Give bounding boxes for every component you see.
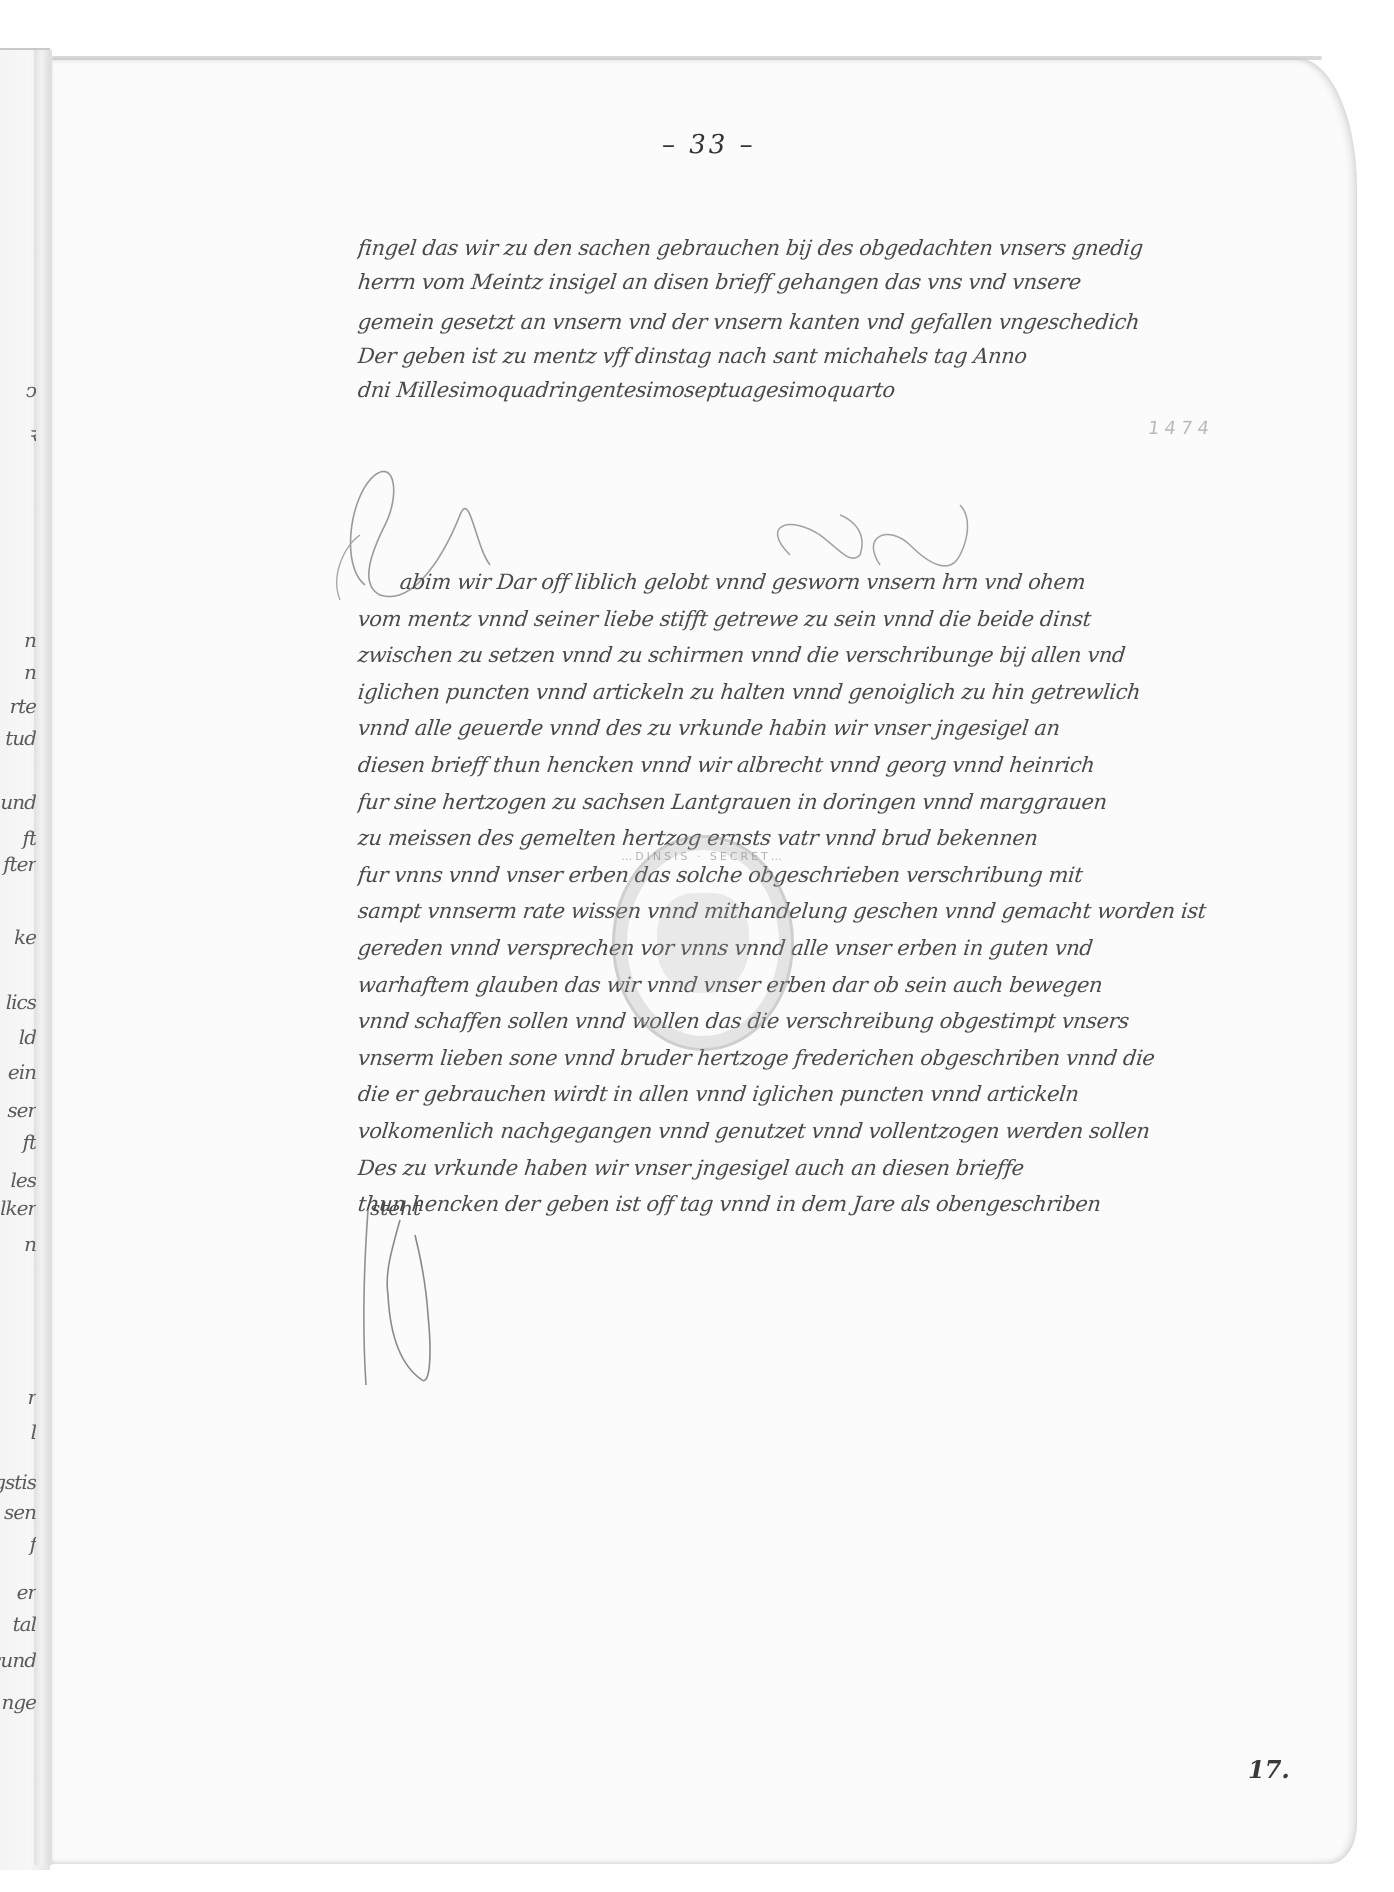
facing-page-fragment: er (0, 1580, 36, 1604)
facing-page-fragment: f (0, 1532, 36, 1556)
manuscript-line: iglichen puncten vnnd artickeln zu halte… (357, 680, 1355, 704)
facing-page-fragment: ke (0, 925, 36, 949)
facing-page-fragment: gstis (0, 1470, 36, 1494)
manuscript-line: vnserm lieben sone vnnd bruder hertzoge … (357, 1046, 1355, 1070)
manuscript-line: diesen brieff thun hencken vnnd wir albr… (357, 753, 1355, 777)
facing-page-fragment: ↄ (0, 378, 36, 402)
manuscript-line: thun hencken der geben ist off tag vnnd … (357, 1192, 1355, 1216)
facing-page-fragment: n (0, 628, 36, 652)
manuscript-line: volkomenlich nachgegangen vnnd genutzet … (357, 1119, 1355, 1143)
facing-page-fragment: les (0, 1168, 36, 1192)
manuscript-line: gereden vnnd versprechen vor vnns vnnd a… (357, 936, 1355, 960)
facing-page-fragment: r (0, 1385, 36, 1409)
manuscript-line: fur vnns vnnd vnser erben das solche obg… (357, 863, 1355, 887)
manuscript-line: zu meissen des gemelten hertzog ernsts v… (357, 826, 1355, 850)
facing-page-fragment: ser (0, 1098, 36, 1122)
facing-page-fragment: rte (0, 694, 36, 718)
manuscript-line: vom mentz vnnd seiner liebe stifft getre… (357, 607, 1355, 631)
stamp-legend: …DINSIS · SECRET… (615, 850, 791, 863)
manuscript-line: gemein gesetzt an vnsern vnd der vnsern … (357, 310, 1355, 334)
facing-page-fragment: lics (0, 990, 36, 1014)
manuscript-line: fingel das wir zu den sachen gebrauchen … (357, 236, 1355, 260)
facing-page-fragment: sen (0, 1500, 36, 1524)
page-number-header: – 33 – (662, 130, 756, 160)
manuscript-line: abim wir Dar off liblich gelobt vnnd ges… (399, 570, 1352, 594)
facing-page-fragment: ꝛ (0, 420, 36, 447)
pencil-date-annotation: 1474 (1147, 418, 1216, 439)
manuscript-line: herrn vom Meintz insigel an disen brieff… (357, 270, 1355, 294)
binding-gutter (34, 50, 52, 1865)
facing-page-fragment: fter (0, 852, 36, 876)
manuscript-line: vnnd alle geuerde vnnd des zu vrkunde ha… (357, 716, 1355, 740)
facing-page-fragment: cund (0, 1648, 36, 1672)
manuscript-line: dni Millesimoquadringentesimoseptuagesim… (357, 378, 1355, 402)
closing-word: steht (370, 1196, 421, 1220)
manuscript-line: Des zu vrkunde haben wir vnser jngesigel… (357, 1156, 1355, 1180)
facing-page-fragment: lker (0, 1196, 36, 1220)
manuscript-line: warhaftem glauben das wir vnnd vnser erb… (357, 973, 1355, 997)
facing-page-fragment: tal (0, 1612, 36, 1636)
manuscript-line: zwischen zu setzen vnnd zu schirmen vnnd… (357, 643, 1355, 667)
manuscript-line: sampt vnnserm rate wissen vnnd mithandel… (357, 899, 1355, 923)
page-top-edge (52, 56, 1322, 60)
archive-stamp: …DINSIS · SECRET… (612, 835, 794, 1051)
facing-page-fragment: ld (0, 1025, 36, 1049)
manuscript-line: vnnd schaffen sollen vnnd wollen das die… (357, 1009, 1355, 1033)
facing-page-fragment: n (0, 660, 36, 684)
facing-page-fragment: l (0, 1420, 36, 1444)
facing-page-fragment: ft (0, 826, 36, 850)
facing-page-fragment: ft (0, 1130, 36, 1154)
facing-page-fragment: tud (0, 726, 36, 750)
stamp-emblem-icon (657, 893, 749, 993)
manuscript-line: die er gebrauchen wirdt in allen vnnd ig… (357, 1082, 1355, 1106)
facing-page-fragment: und (0, 790, 36, 814)
facing-page-fragment: ein (0, 1060, 36, 1084)
folio-number: 17. (1248, 1755, 1290, 1784)
facing-page-fragment: nge (0, 1690, 36, 1714)
manuscript-line: Der geben ist zu mentz vff dinstag nach … (357, 344, 1355, 368)
manuscript-line: fur sine hertzogen zu sachsen Lantgrauen… (357, 790, 1355, 814)
facing-page-fragment: n (0, 1232, 36, 1256)
